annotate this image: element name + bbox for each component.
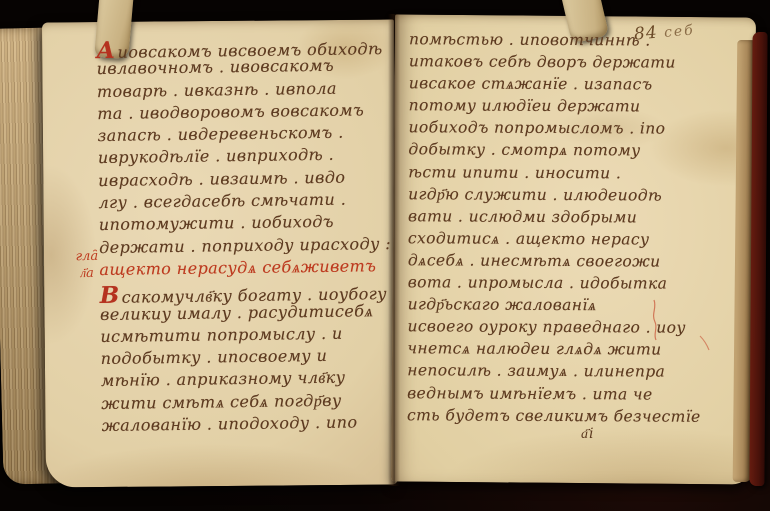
text-line: Аиовсакомъ ивсвоемъ обиходѣ (96, 33, 392, 59)
text-line: жалованїю . иподоходу . ипо (102, 412, 398, 438)
left-page-text: Аиовсакомъ ивсвоемъ обиходѣивлавочномъ .… (96, 33, 398, 438)
text-line: веднымъ имѣнїемъ . ита че (407, 384, 707, 408)
text-line: сть будетъ свеликимъ безчестїе (407, 406, 707, 430)
chapter-note-number: л҃а (74, 265, 100, 282)
text-line: итаковъ себѣ дворъ держати (409, 52, 709, 76)
folio-inscription: себ (663, 22, 695, 41)
quire-signature: а҃і (581, 426, 594, 443)
text-line: ивсакое стѧжанїе . изапасъ (409, 74, 709, 98)
chapter-margin-note: гла̑ л҃а (74, 248, 101, 282)
text-line: сходитисѧ . ащекто нерасу (408, 229, 708, 253)
folio-number-value: 84 (633, 23, 658, 45)
text-line: игдр҃ю служити . илюдеиодѣ (408, 185, 708, 209)
text-line: потому илюдїеи держати (409, 96, 709, 120)
text-line: дѧсебѧ . инесмѣтѧ своегожи (408, 251, 708, 275)
text-line: добытку . смотрѧ потому (408, 141, 708, 165)
manuscript-photo: гла̑ л҃а Аиовсакомъ ивсвоемъ обиходѣивла… (0, 0, 770, 511)
text-line: непосилѣ . заимуѧ . илинепра (407, 362, 707, 386)
text-line: иобиходъ попромысломъ . іпо (408, 119, 708, 143)
text-line: вота . ипромысла . идобытка (408, 273, 708, 297)
chapter-note-word: гла̑ (74, 248, 100, 265)
text-line: вати . ислюдми здобрыми (408, 207, 708, 231)
right-page-text: помѣстью . иповотчиннѣ .итаковъ себѣ дво… (407, 30, 709, 429)
red-correction-marks (648, 298, 718, 358)
book-cover-edge (749, 32, 767, 486)
text-line: ѣсти ипити . иносити . (408, 163, 708, 187)
